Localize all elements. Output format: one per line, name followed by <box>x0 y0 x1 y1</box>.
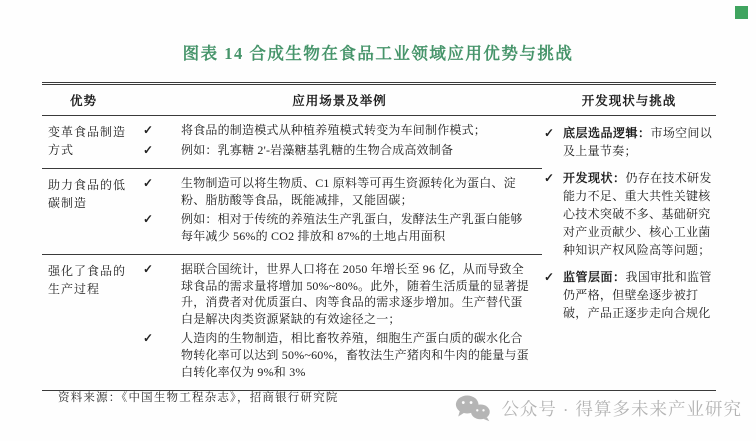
point-text: 例如：乳寡糖 2'-岩藻糖基乳糖的生物合成高效制备 <box>181 142 530 159</box>
check-icon: ✓ <box>143 261 159 327</box>
status-text: 底层选品逻辑：市场空间以及上量节奏； <box>563 124 714 160</box>
table-left-columns: 变革食品制造方式 ✓ 将食品的制造模式从种植养殖模式转变为车间制作模式； ✓ 例… <box>42 116 542 390</box>
advantage-label: 变革食品制造方式 <box>42 122 137 161</box>
table-body: 变革食品制造方式 ✓ 将食品的制造模式从种植养殖模式转变为车间制作模式； ✓ 例… <box>42 116 716 390</box>
list-item: ✓ 例如：相对于传统的养殖法生产乳蛋白，发酵法生产乳蛋白能够每年减少 56%的 … <box>137 211 530 244</box>
list-item: ✓ 人造肉的生物制造，相比畜牧养殖，细胞生产蛋白质的碳水化合物转化率可以达到 5… <box>137 330 530 380</box>
list-item: ✓ 据联合国统计，世界人口将在 2050 年增长至 96 亿，从而导致全球食品的… <box>137 261 530 327</box>
status-item: ✓ 底层选品逻辑：市场空间以及上量节奏； <box>544 124 714 160</box>
table-row: 变革食品制造方式 ✓ 将食品的制造模式从种植养殖模式转变为车间制作模式； ✓ 例… <box>42 116 542 169</box>
table-row: 强化了食品的生产过程 ✓ 据联合国统计，世界人口将在 2050 年增长至 96 … <box>42 255 542 390</box>
scenario-points: ✓ 据联合国统计，世界人口将在 2050 年增长至 96 亿，从而导致全球食品的… <box>137 261 542 383</box>
col-header-status: 开发现状与挑战 <box>542 91 716 109</box>
list-item: ✓ 将食品的制造模式从种植养殖模式转变为车间制作模式； <box>137 122 530 139</box>
watermark: 公众号 · 得算多未来产业研究 <box>454 394 742 422</box>
source-note: 资料来源：《中国生物工程杂志》，招商银行研究院 <box>58 389 339 405</box>
check-icon: ✓ <box>143 122 159 139</box>
check-icon: ✓ <box>143 142 159 159</box>
point-text: 将食品的制造模式从种植养殖模式转变为车间制作模式； <box>181 122 530 139</box>
wechat-icon <box>454 394 492 422</box>
scenario-points: ✓ 将食品的制造模式从种植养殖模式转变为车间制作模式； ✓ 例如：乳寡糖 2'-… <box>137 122 542 161</box>
point-text: 例如：相对于传统的养殖法生产乳蛋白，发酵法生产乳蛋白能够每年减少 56%的 CO… <box>181 211 530 244</box>
point-text: 人造肉的生物制造，相比畜牧养殖，细胞生产蛋白质的碳水化合物转化率可以达到 50%… <box>181 330 530 380</box>
list-item: ✓ 生物制造可以将生物质、C1 原料等可再生资源转化为蛋白、淀粉、脂肪酸等食品，… <box>137 175 530 208</box>
status-label: 底层选品逻辑： <box>563 126 651 140</box>
col-header-advantage: 优势 <box>42 91 137 109</box>
check-icon: ✓ <box>544 124 558 160</box>
advantage-label: 助力食品的低碳制造 <box>42 175 137 247</box>
status-item: ✓ 开发现状：仍存在技术研发能力不足、重大共性关键核心技术突破不多、基础研究对产… <box>544 169 714 259</box>
check-icon: ✓ <box>544 169 558 259</box>
check-icon: ✓ <box>143 211 159 244</box>
col-header-scenarios: 应用场景及举例 <box>137 91 542 109</box>
scenario-points: ✓ 生物制造可以将生物质、C1 原料等可再生资源转化为蛋白、淀粉、脂肪酸等食品，… <box>137 175 542 247</box>
check-icon: ✓ <box>143 175 159 208</box>
watermark-text: 公众号 · 得算多未来产业研究 <box>501 396 742 421</box>
status-item: ✓ 监管层面：我国审批和监管仍严格，但壁垒逐步被打破，产品正逐步走向合规化 <box>544 268 714 322</box>
check-icon: ✓ <box>143 330 159 380</box>
corner-decoration <box>735 6 748 19</box>
status-text: 监管层面：我国审批和监管仍严格，但壁垒逐步被打破，产品正逐步走向合规化 <box>563 268 714 322</box>
status-label: 监管层面： <box>563 270 626 284</box>
check-icon: ✓ <box>544 268 558 322</box>
advantages-table: 优势 应用场景及举例 开发现状与挑战 变革食品制造方式 ✓ 将食品的制造模式从种… <box>42 82 716 391</box>
list-item: ✓ 例如：乳寡糖 2'-岩藻糖基乳糖的生物合成高效制备 <box>137 142 530 159</box>
point-text: 生物制造可以将生物质、C1 原料等可再生资源转化为蛋白、淀粉、脂肪酸等食品，既能… <box>181 175 530 208</box>
table-header-row: 优势 应用场景及举例 开发现状与挑战 <box>42 85 716 116</box>
status-label: 开发现状： <box>563 171 626 185</box>
page-title: 图表 14 合成生物在食品工业领域应用优势与挑战 <box>0 40 756 64</box>
table-row: 助力食品的低碳制造 ✓ 生物制造可以将生物质、C1 原料等可再生资源转化为蛋白、… <box>42 169 542 255</box>
status-merged-cell: ✓ 底层选品逻辑：市场空间以及上量节奏； ✓ 开发现状：仍存在技术研发能力不足、… <box>542 116 716 390</box>
advantage-label: 强化了食品的生产过程 <box>42 261 137 383</box>
status-text: 开发现状：仍存在技术研发能力不足、重大共性关键核心技术突破不多、基础研究对产业贡… <box>563 169 714 259</box>
point-text: 据联合国统计，世界人口将在 2050 年增长至 96 亿，从而导致全球食品的需求… <box>181 261 530 327</box>
document-page: 图表 14 合成生物在食品工业领域应用优势与挑战 优势 应用场景及举例 开发现状… <box>0 0 756 441</box>
